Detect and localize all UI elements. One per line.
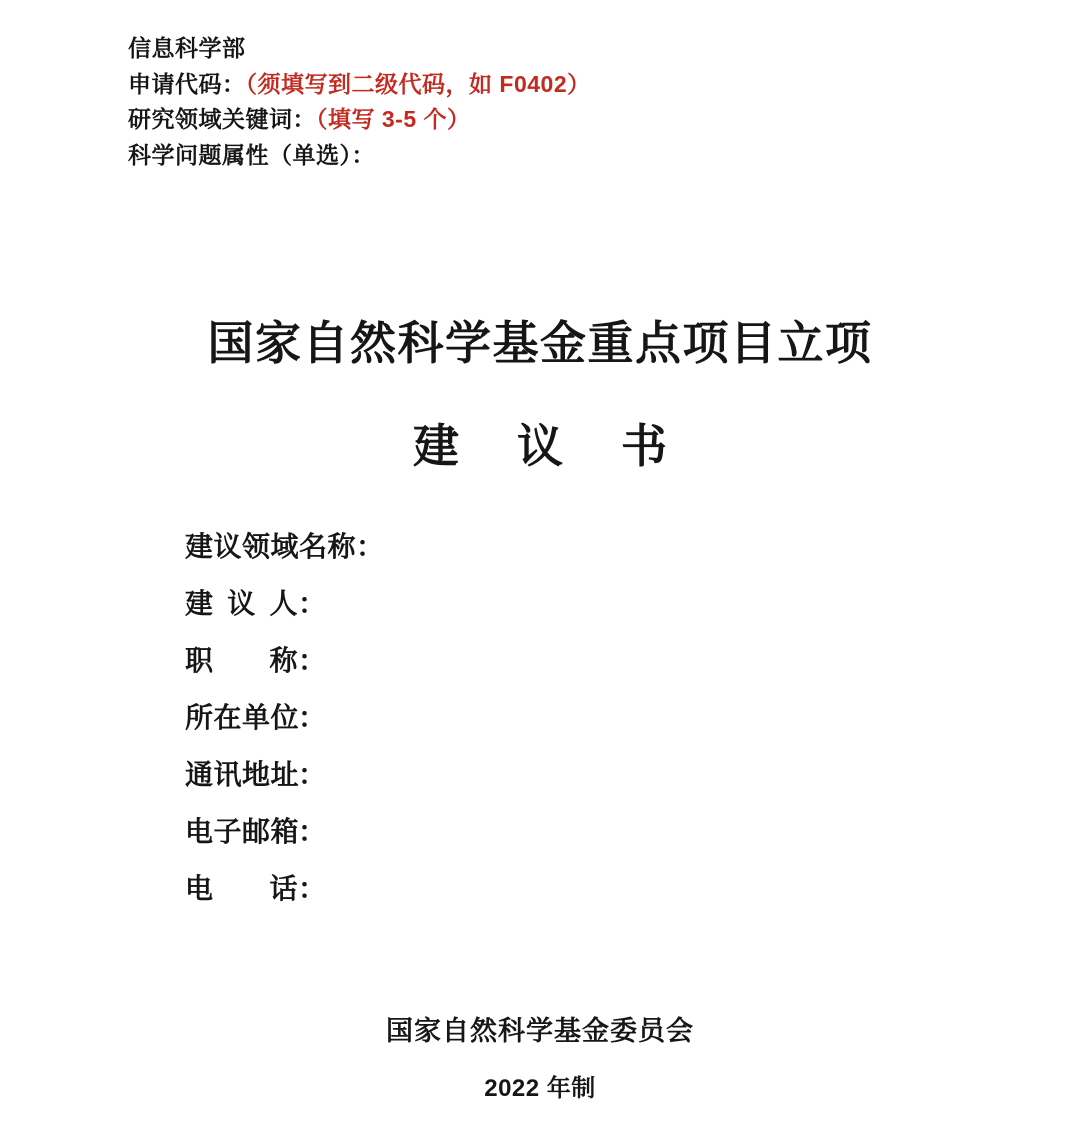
field-row-proposer: 建议人： xyxy=(185,573,595,630)
field-label: 电话 xyxy=(185,867,298,907)
science-problem-line: 科学问题属性（单选）： xyxy=(128,138,591,174)
field-label: 所在单位 xyxy=(185,696,298,736)
keywords-line: 研究领域关键词：（填写 3-5 个） xyxy=(128,102,591,138)
field-label: 建议领域名称 xyxy=(185,525,356,565)
field-row-suggested-domain: 建议领域名称： xyxy=(185,516,595,573)
document-title-line1: 国家自然科学基金重点项目立项 xyxy=(0,307,1080,373)
field-label: 职称 xyxy=(185,639,298,679)
field-row-phone: 电话： xyxy=(185,858,595,915)
application-code-line: 申请代码：（须填写到二级代码，如 F0402） xyxy=(128,67,591,103)
edition-year: 2022 年制 xyxy=(0,1068,1080,1103)
field-colon: ： xyxy=(298,582,327,622)
field-colon: ： xyxy=(298,639,327,679)
application-code-hint: （须填写到二级代码，如 F0402） xyxy=(246,71,591,97)
keywords-hint: （填写 3-5 个） xyxy=(316,106,471,132)
keywords-label: 研究领域关键词： xyxy=(128,106,316,132)
contact-fields: 建议领域名称： 建议人： 职称： 所在单位： 通讯地址： 电子邮箱： 电话： xyxy=(185,516,595,915)
department-line: 信息科学部 xyxy=(128,31,591,67)
field-colon: ： xyxy=(298,696,327,736)
science-problem-label: 科学问题属性（单选）： xyxy=(128,142,375,168)
field-row-organization: 所在单位： xyxy=(185,687,595,744)
field-label: 通讯地址 xyxy=(185,753,298,793)
field-row-job-title: 职称： xyxy=(185,630,595,687)
field-row-email: 电子邮箱： xyxy=(185,801,595,858)
proposal-cover-page: 信息科学部 申请代码：（须填写到二级代码，如 F0402） 研究领域关键词：（填… xyxy=(0,0,1080,1125)
issuing-organization: 国家自然科学基金委员会 xyxy=(0,1009,1080,1048)
field-colon: ： xyxy=(298,867,327,907)
field-label: 电子邮箱 xyxy=(185,810,298,850)
field-colon: ： xyxy=(298,810,327,850)
document-title-line2: 建议书 xyxy=(0,410,1080,476)
department-label: 信息科学部 xyxy=(128,35,246,61)
field-colon: ： xyxy=(298,753,327,793)
header-annotations: 信息科学部 申请代码：（须填写到二级代码，如 F0402） 研究领域关键词：（填… xyxy=(128,31,591,173)
field-colon: ： xyxy=(356,525,385,565)
field-label: 建议人 xyxy=(185,582,298,622)
field-row-mailing-address: 通讯地址： xyxy=(185,744,595,801)
application-code-label: 申请代码： xyxy=(128,71,246,97)
